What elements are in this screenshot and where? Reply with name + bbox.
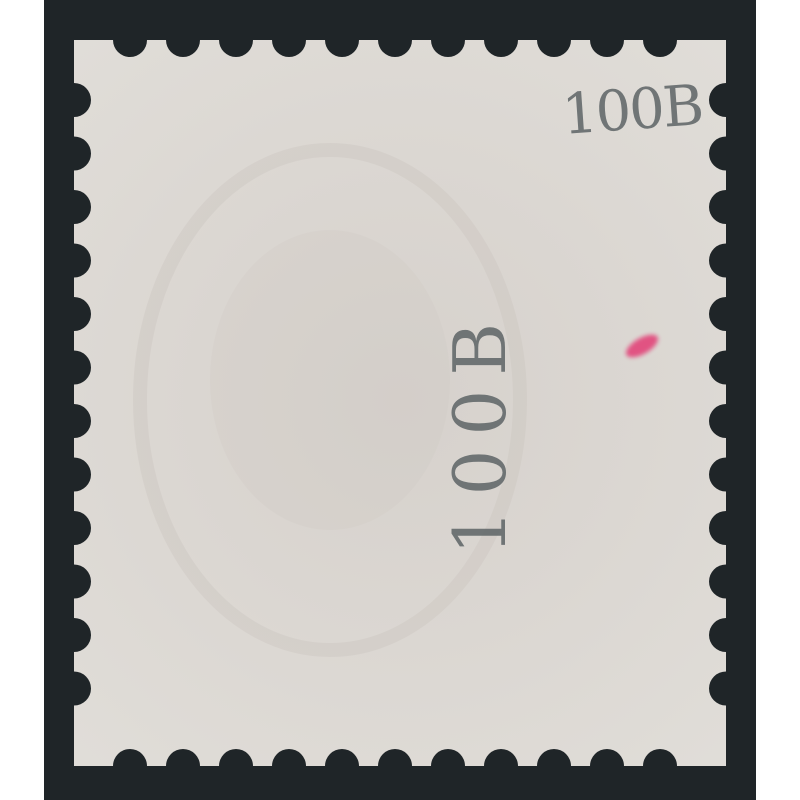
pencil-note-top-right: 100B [560,73,704,148]
pencil-note-vertical: 100B [438,302,522,562]
